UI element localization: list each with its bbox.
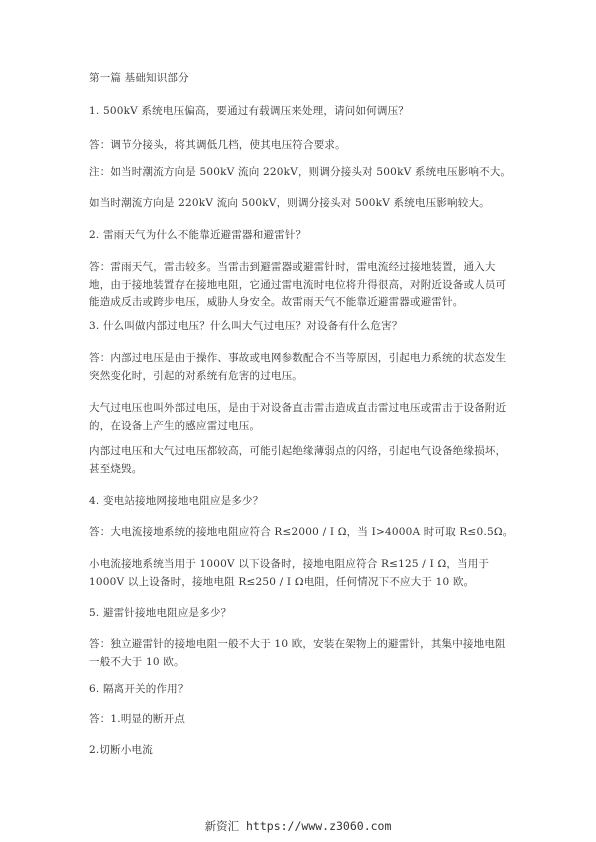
question-3: 3. 什么叫做内部过电压？什么叫大气过电压？对设备有什么危害？ <box>89 318 514 336</box>
answer-6-item-2: 2.切断小电流 <box>89 742 514 760</box>
answer-1: 答：调节分接头，将其调低几档，使其电压符合要求。 <box>89 137 514 155</box>
question-2: 2. 雷雨天气为什么不能靠近避雷器和避雷针？ <box>89 227 514 245</box>
answer-3-paragraph-3: 内部过电压和大气过电压都较高，可能引起绝缘薄弱点的闪络，引起电气设备绝缘损坏，甚… <box>89 443 514 478</box>
section-title: 第一篇 基础知识部分 <box>89 70 514 88</box>
answer-3-paragraph-2: 大气过电压也叫外部过电压，是由于对设备直击雷击造成直击雷过电压或雷击于设备附近的… <box>89 400 514 435</box>
note-1-continued: 如当时潮流方向是 220kV 流向 500kV，则调分接头对 500kV 系统电… <box>89 195 514 213</box>
question-5: 5. 避雷针接地电阻应是多少？ <box>89 605 514 623</box>
footer-watermark: 新资汇 https://www.z3060.com <box>0 818 596 834</box>
answer-4-paragraph-2: 小电流接地系统当用于 1000V 以下设备时，接地电阻应符合 R≤125 / I… <box>89 556 514 591</box>
answer-6-item-1: 答：1.明显的断开点 <box>89 711 514 729</box>
answer-2: 答：雷雨天气，雷击较多。当雷击到避雷器或避雷针时，雷电流经过接地装置，通入大地，… <box>89 259 514 312</box>
question-4: 4. 变电站接地网接地电阻应是多少？ <box>89 493 514 511</box>
answer-5: 答：独立避雷针的接地电阻一般不大于 10 欧，安装在架物上的避雷针，其集中接地电… <box>89 636 514 671</box>
answer-3: 答：内部过电压是由于操作、事故或电网参数配合不当等原因，引起电力系统的状态发生突… <box>89 350 514 385</box>
note-1: 注：如当时潮流方向是 500kV 流向 220kV，则调分接头对 500kV 系… <box>89 164 514 182</box>
answer-4: 答：大电流接地系统的接地电阻应符合 R≤2000 / I Ω，当 I>4000A… <box>89 524 514 542</box>
question-6: 6. 隔离开关的作用？ <box>89 681 514 699</box>
question-1: 1. 500kV 系统电压偏高，要通过有载调压来处理，请问如何调压？ <box>89 103 514 121</box>
